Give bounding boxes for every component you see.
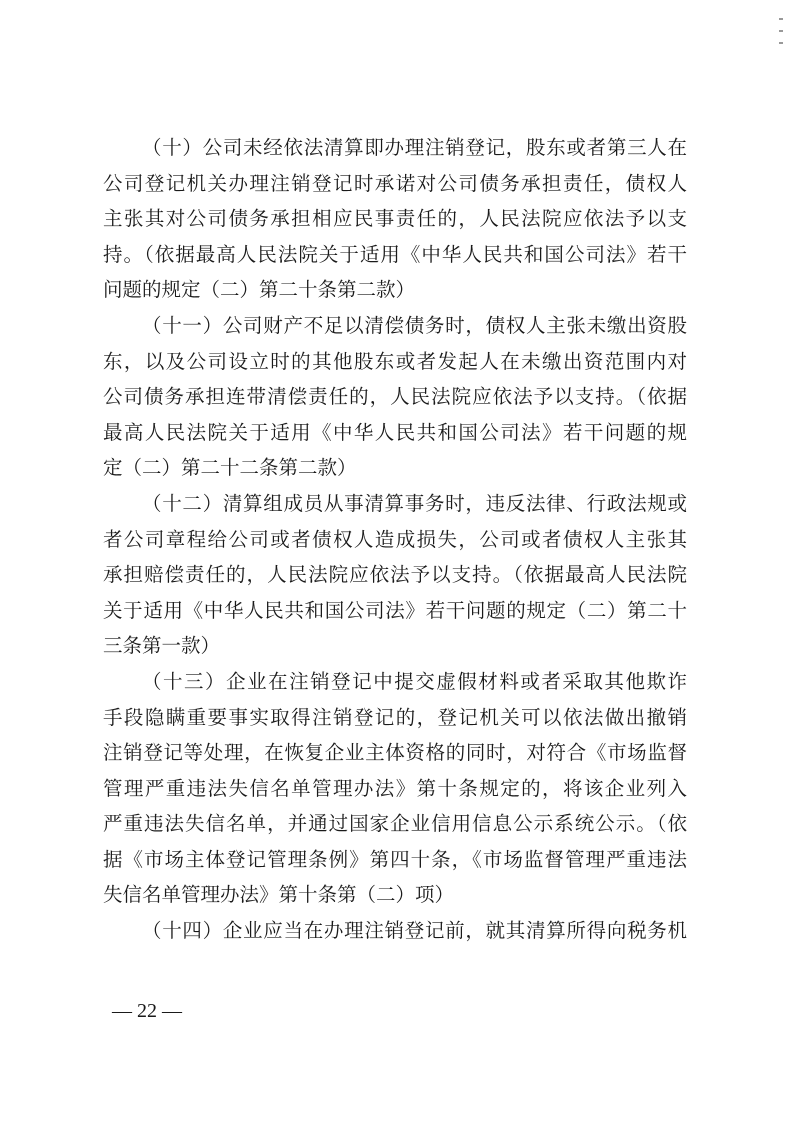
text-line: （十三）企业在注销登记中提交虚假材料或者采取其他欺诈	[103, 664, 687, 700]
page-number: — 22 —	[112, 1000, 182, 1023]
paragraph-item-12: （十二）清算组成员从事清算事务时，违反法律、行政法规或 者公司章程给公司或者债权…	[103, 486, 687, 664]
text-line: 承担赔偿责任的，人民法院应依法予以支持。（依据最高人民法院	[103, 557, 687, 593]
text-line: 手段隐瞒重要事实取得注销登记的，登记机关可以依法做出撤销	[103, 700, 687, 736]
text-line: 据《市场主体登记管理条例》第四十条，《市场监督管理严重违法	[103, 842, 687, 878]
body-text: （十）公司未经依法清算即办理注销登记，股东或者第三人在 公司登记机关办理注销登记…	[103, 130, 687, 949]
text-line: 失信名单管理办法》第十条第（二）项）	[103, 877, 687, 913]
text-line: （十）公司未经依法清算即办理注销登记，股东或者第三人在	[103, 130, 687, 166]
corner-tick	[779, 42, 783, 44]
corner-tick	[779, 30, 783, 32]
text-line: 东，以及公司设立时的其他股东或者发起人在未缴出资范围内对	[103, 344, 687, 380]
text-line: 管理严重违法失信名单管理办法》第十条规定的，将该企业列入	[103, 771, 687, 807]
text-line: 注销登记等处理，在恢复企业主体资格的同时，对符合《市场监督	[103, 735, 687, 771]
text-line: 定（二）第二十二条第二款）	[103, 450, 687, 486]
text-line: 关于适用《中华人民共和国公司法》若干问题的规定（二）第二十	[103, 593, 687, 629]
paragraph-item-13: （十三）企业在注销登记中提交虚假材料或者采取其他欺诈 手段隐瞒重要事实取得注销登…	[103, 664, 687, 913]
text-line: （十一）公司财产不足以清偿债务时，债权人主张未缴出资股	[103, 308, 687, 344]
text-line: 三条第一款）	[103, 628, 687, 664]
scan-corner-mark	[779, 18, 785, 44]
text-line: 最高人民法院关于适用《中华人民共和国公司法》若干问题的规	[103, 415, 687, 451]
text-line: 严重违法失信名单，并通过国家企业信用信息公示系统公示。（依	[103, 806, 687, 842]
text-line: 者公司章程给公司或者债权人造成损失，公司或者债权人主张其	[103, 522, 687, 558]
paragraph-item-10: （十）公司未经依法清算即办理注销登记，股东或者第三人在 公司登记机关办理注销登记…	[103, 130, 687, 308]
paragraph-item-14: （十四）企业应当在办理注销登记前，就其清算所得向税务机	[103, 913, 687, 949]
text-line: 公司登记机关办理注销登记时承诺对公司债务承担责任，债权人	[103, 166, 687, 202]
text-line: 公司债务承担连带清偿责任的，人民法院应依法予以支持。（依据	[103, 379, 687, 415]
text-line: 持。（依据最高人民法院关于适用《中华人民共和国公司法》若干	[103, 237, 687, 273]
text-line: 主张其对公司债务承担相应民事责任的，人民法院应依法予以支	[103, 201, 687, 237]
text-line: 问题的规定（二）第二十条第二款）	[103, 272, 687, 308]
document-page: （十）公司未经依法清算即办理注销登记，股东或者第三人在 公司登记机关办理注销登记…	[0, 0, 793, 1122]
corner-tick	[779, 18, 783, 20]
text-line: （十二）清算组成员从事清算事务时，违反法律、行政法规或	[103, 486, 687, 522]
paragraph-item-11: （十一）公司财产不足以清偿债务时，债权人主张未缴出资股 东，以及公司设立时的其他…	[103, 308, 687, 486]
text-line: （十四）企业应当在办理注销登记前，就其清算所得向税务机	[103, 913, 687, 949]
